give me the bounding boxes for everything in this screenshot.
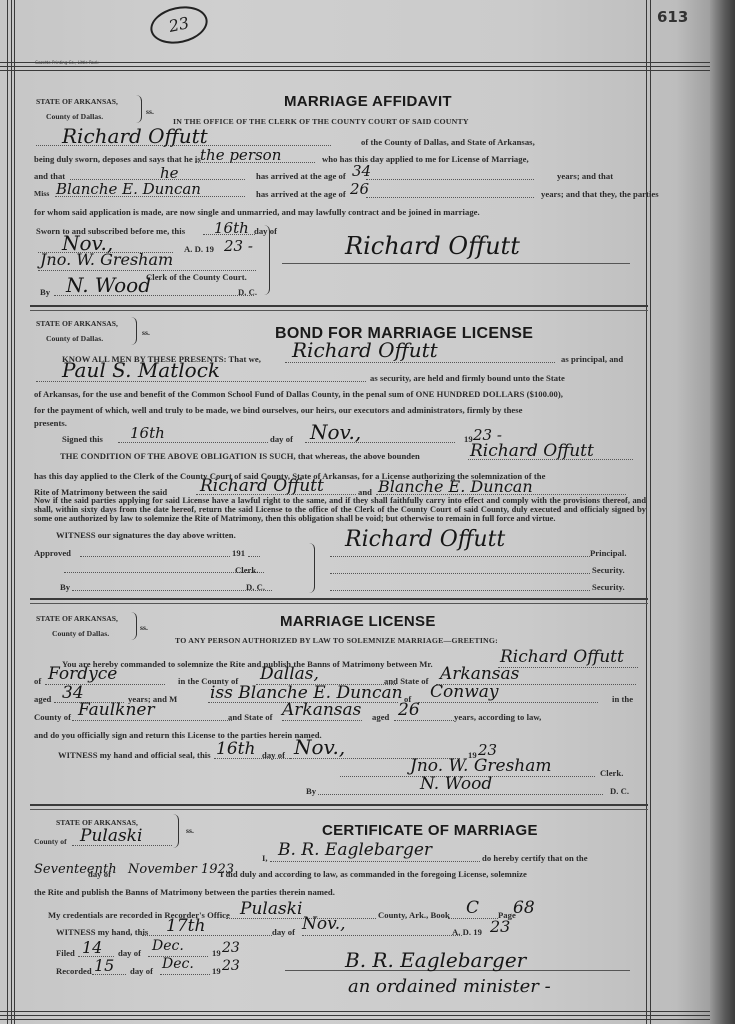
- section-divider: [30, 598, 648, 604]
- form-text: By: [60, 582, 70, 592]
- fill-line: [118, 442, 268, 443]
- form-text: years; and that they, the parties: [541, 189, 659, 199]
- ceremony-month-year: November 1923: [128, 862, 234, 877]
- form-text: aged: [372, 712, 389, 722]
- ss-label: ss.: [142, 328, 150, 337]
- form-text: has arrived at the age of: [256, 189, 346, 199]
- fill-line: [366, 179, 534, 180]
- principal-name: Richard Offutt: [292, 338, 438, 362]
- footer-rule: [0, 1015, 735, 1016]
- bride-state: Arkansas: [282, 700, 361, 720]
- security-name: Paul S. Matlock: [62, 358, 220, 382]
- fill-line: [330, 556, 590, 557]
- form-text: for whom said application is made, are n…: [34, 207, 480, 217]
- signed-month: Nov.,: [310, 420, 361, 444]
- section-title: MARRIAGE LICENSE: [280, 613, 436, 630]
- license-witness-day: 16th: [216, 739, 255, 759]
- county-label: County of Dallas.: [52, 629, 109, 638]
- fill-line: [72, 720, 232, 721]
- form-text: THE CONDITION OF THE ABOVE OBLIGATION IS…: [60, 451, 420, 461]
- officiant-signature: B. R. Eaglebarger: [345, 948, 526, 972]
- state-label: STATE OF ARKANSAS,: [36, 614, 118, 623]
- form-text: of the County of Dallas, and State of Ar…: [361, 137, 535, 147]
- fill-line: [394, 720, 454, 721]
- groom-state: Arkansas: [440, 664, 519, 684]
- form-text: D. C.: [238, 287, 257, 297]
- form-text: for the payment of which, well and truly…: [34, 405, 523, 415]
- brace: [172, 814, 179, 848]
- filed-day: 14: [82, 938, 102, 957]
- form-text: in the: [612, 694, 633, 704]
- page-edge-shadow: [710, 0, 735, 1024]
- form-text: years, according to law,: [454, 712, 541, 722]
- filed-year: 23: [222, 940, 240, 956]
- applicant-relation: the person: [200, 146, 281, 164]
- brace: [130, 612, 137, 640]
- fill-line: [270, 861, 480, 862]
- section-title: MARRIAGE AFFIDAVIT: [284, 93, 452, 110]
- certificate-witness-year: 23: [490, 917, 510, 936]
- form-text: being duly sworn, deposes and says that …: [34, 154, 201, 164]
- form-text: Principal.: [590, 548, 627, 558]
- credentials-book: C: [466, 898, 479, 918]
- brace: [308, 543, 315, 593]
- ledger-page: 23 613 Gazette Printing Co., Little Rock…: [0, 0, 735, 1024]
- form-text: years; and that: [557, 171, 613, 181]
- form-text: Signed this: [62, 434, 103, 444]
- state-label: STATE OF ARKANSAS,: [36, 97, 118, 106]
- fill-line: [285, 362, 555, 363]
- margin-rule: [11, 0, 12, 1024]
- signature-line: [282, 263, 630, 264]
- form-text: of: [34, 676, 41, 686]
- officiant-name: B. R. Eaglebarger: [278, 840, 432, 860]
- fill-line: [330, 590, 590, 591]
- condition-paragraph: Now if the said parties applying for sai…: [34, 496, 646, 523]
- form-text: Clerk.: [600, 768, 623, 778]
- fill-line: [418, 702, 598, 703]
- fill-line: [142, 935, 272, 936]
- ss-label: ss.: [146, 107, 154, 116]
- ss-label: ss.: [186, 826, 194, 835]
- brace: [263, 225, 270, 295]
- form-text: do hereby certify that on the: [482, 853, 588, 863]
- footer-rule: [0, 1011, 735, 1012]
- credentials-county: Pulaski: [240, 899, 302, 919]
- fill-line: [318, 794, 603, 795]
- form-text: Clerk.: [235, 565, 258, 575]
- header-rule: [0, 66, 735, 67]
- form-text: 191: [232, 548, 245, 558]
- form-text: You are hereby commanded to solemnize th…: [62, 659, 433, 669]
- form-text: day of: [88, 869, 111, 879]
- groom-county: Dallas,: [260, 664, 319, 684]
- form-text: D. C.: [246, 582, 265, 592]
- county-label: County of Dallas.: [46, 334, 103, 343]
- ss-label: ss.: [140, 623, 148, 632]
- rite-bride-name: Blanche E. Duncan: [378, 477, 533, 496]
- form-text: as security, are held and firmly bound u…: [370, 373, 565, 383]
- form-text: the Rite and publish the Banns of Matrim…: [34, 887, 335, 897]
- fill-line: [160, 974, 210, 975]
- form-text: Clerk of the County Court.: [146, 272, 247, 282]
- form-text: has arrived at the age of: [256, 171, 346, 181]
- credentials-page: 68: [513, 898, 535, 918]
- header-rule: [0, 62, 735, 63]
- form-text: of Arkansas, for the use and benefit of …: [34, 389, 563, 399]
- fill-line: [282, 720, 362, 721]
- form-text: aged: [34, 694, 51, 704]
- form-text: By: [40, 287, 50, 297]
- form-text: By: [306, 786, 316, 796]
- form-text: Miss: [34, 189, 49, 198]
- fill-line: [38, 270, 256, 271]
- form-text: I,: [262, 853, 268, 863]
- county-label: County of Dallas.: [46, 112, 103, 121]
- signed-day: 16th: [130, 424, 165, 442]
- header-rule: [0, 70, 735, 71]
- condition-name: Richard Offutt: [470, 441, 594, 461]
- margin-rule: [650, 0, 651, 1024]
- form-text: as principal, and: [561, 354, 623, 364]
- margin-rule: [7, 0, 8, 1024]
- section-subtitle: TO ANY PERSON AUTHORIZED BY LAW TO SOLEM…: [175, 636, 498, 645]
- deputy-signature: N. Wood: [66, 273, 151, 297]
- margin-rule: [646, 0, 647, 1024]
- form-text: day of: [270, 434, 293, 444]
- fill-line: [80, 556, 230, 557]
- section-divider: [30, 804, 648, 810]
- groom-age: 34: [352, 162, 371, 180]
- form-text: Approved: [34, 548, 71, 558]
- form-text: Security.: [592, 565, 625, 575]
- page-number: 613: [657, 8, 688, 26]
- certificate-witness-day: 17th: [166, 916, 205, 936]
- form-text: and State of: [228, 712, 273, 722]
- county-label: County of: [34, 837, 67, 846]
- license-deputy-signature: N. Wood: [420, 774, 492, 794]
- applicant-name: Richard Offutt: [62, 124, 208, 148]
- fill-line: [302, 935, 462, 936]
- circled-entry-number: 23: [147, 1, 211, 48]
- form-text: day of: [130, 966, 153, 976]
- form-text: Security.: [592, 582, 625, 592]
- groom-town: Fordyce: [48, 664, 117, 684]
- sworn-year: 23 -: [224, 237, 253, 255]
- fill-line: [366, 197, 534, 198]
- brace: [130, 317, 137, 345]
- form-text: day of: [272, 927, 295, 937]
- rite-groom-name: Richard Offutt: [200, 476, 324, 496]
- form-text: and do you officially sign and return th…: [34, 730, 322, 740]
- filed-month: Dec.: [152, 938, 184, 954]
- brace: [135, 95, 142, 123]
- recorded-year: 23: [222, 958, 240, 974]
- applicant-signature: Richard Offutt: [345, 232, 520, 260]
- section-title: CERTIFICATE OF MARRIAGE: [322, 822, 538, 839]
- footer-rule: [0, 1019, 735, 1020]
- license-clerk-signature: Jno. W. Gresham: [410, 756, 552, 776]
- fill-line: [330, 573, 590, 574]
- form-text: Filed: [56, 948, 75, 958]
- form-text: WITNESS my hand, this: [56, 927, 148, 937]
- fill-line: [72, 590, 272, 591]
- state-label: STATE OF ARKANSAS,: [36, 319, 118, 328]
- fill-line: [64, 572, 264, 573]
- principal-signature: Richard Offutt: [345, 527, 505, 552]
- form-text: day of: [118, 948, 141, 958]
- fill-line: [55, 196, 245, 197]
- form-text: D. C.: [610, 786, 629, 796]
- form-text: I did duly and according to law, as comm…: [220, 869, 527, 879]
- license-bride-age: 26: [398, 700, 420, 720]
- form-text: day of: [262, 750, 285, 760]
- form-text: A. D. 19: [184, 244, 214, 254]
- clerk-signature: Jno. W. Gresham: [40, 250, 173, 269]
- margin-rule: [14, 0, 15, 1024]
- sworn-day: 16th: [214, 219, 249, 237]
- section-subtitle: IN THE OFFICE OF THE CLERK OF THE COUNTY…: [173, 117, 469, 126]
- form-text: 19: [212, 966, 221, 976]
- license-witness-month: Nov.,: [294, 735, 345, 759]
- form-text: Recorded: [56, 966, 92, 976]
- form-text: County of: [34, 712, 71, 722]
- form-text: 19: [212, 948, 221, 958]
- recorded-month: Dec.: [162, 956, 194, 972]
- form-text: WITNESS my hand and official seal, this: [58, 750, 211, 760]
- form-text: presents.: [34, 418, 67, 428]
- form-text: County, Ark., Book: [378, 910, 450, 920]
- certificate-county: Pulaski: [80, 826, 142, 846]
- recorded-day: 15: [94, 956, 114, 975]
- bride-town: Conway: [430, 682, 498, 702]
- form-text: WITNESS our signatures the day above wri…: [56, 530, 236, 540]
- section-divider: [30, 305, 648, 311]
- bride-county: Faulkner: [78, 700, 155, 720]
- form-text: A. D. 19: [452, 927, 482, 937]
- bride-age: 26: [350, 180, 369, 198]
- fill-line: [248, 556, 260, 557]
- officiant-title: an ordained minister -: [348, 976, 551, 997]
- certificate-witness-month: Nov.,: [302, 914, 346, 934]
- printer-imprint: Gazette Printing Co., Little Rock: [35, 60, 99, 65]
